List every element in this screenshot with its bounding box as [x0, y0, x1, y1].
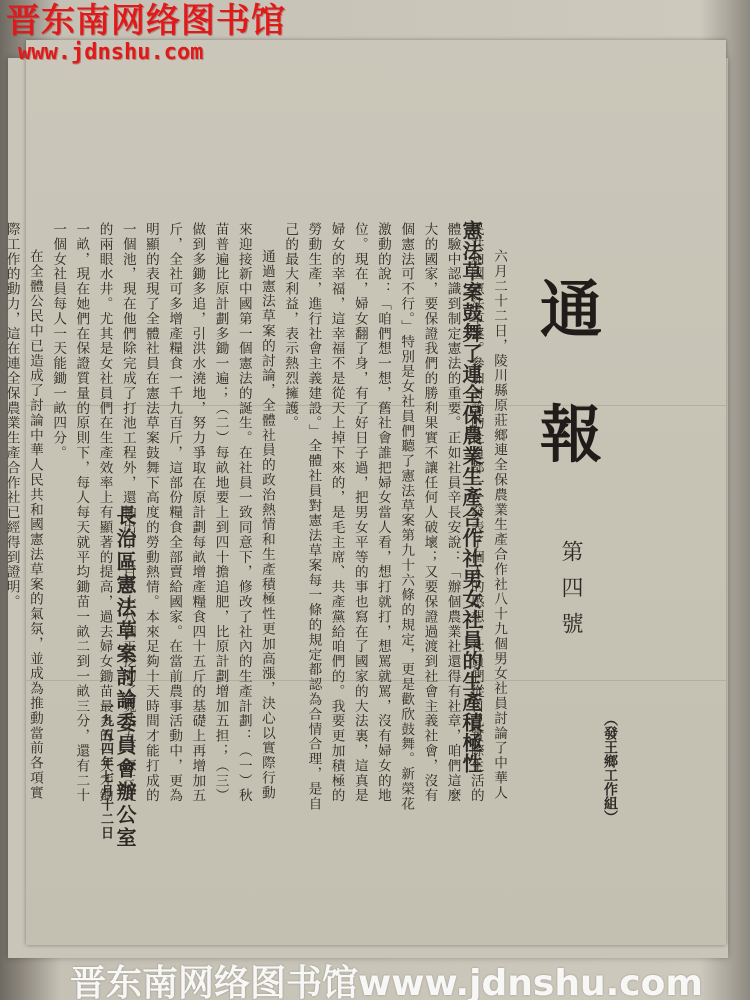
issuer-group: （發王鄉工作組）	[602, 712, 618, 824]
watermark-top-name: 晋东南网络图书馆	[6, 2, 286, 40]
watermark-top: 晋东南网络图书馆 www.jdnshu.com	[6, 2, 286, 66]
masthead-char-2: 報	[540, 385, 602, 474]
watermark-top-url: www.jdnshu.com	[18, 40, 286, 66]
masthead-char-1: 通	[540, 260, 602, 349]
issue-date: 一九五四年七月十二日	[96, 700, 115, 840]
paragraph-2: 通過憲法草案的討論，全體社員的政治熱情和生產積極性更加高漲，決心以實際行動來迎接…	[46, 222, 278, 812]
issuing-office: 長治區憲法草案討論委員會辦公室	[111, 505, 140, 850]
watermark-bottom: 晋东南网络图书馆www.jdnshu.com	[70, 955, 703, 1000]
paragraph-3: 在全體公民中已造成了討論中華人民共和國憲法草案的氣氛，並成為推動當前各項實際工作…	[0, 222, 46, 812]
article-body: 六月二十二日，陵川縣原莊鄉連全保農業生產合作社八十九個男女社員討論了中華人民共和…	[180, 222, 510, 812]
paragraph-1: 六月二十二日，陵川縣原莊鄉連全保農業生產合作社八十九個男女社員討論了中華人民共和…	[278, 222, 510, 812]
issue-number: 第四號	[555, 540, 586, 648]
